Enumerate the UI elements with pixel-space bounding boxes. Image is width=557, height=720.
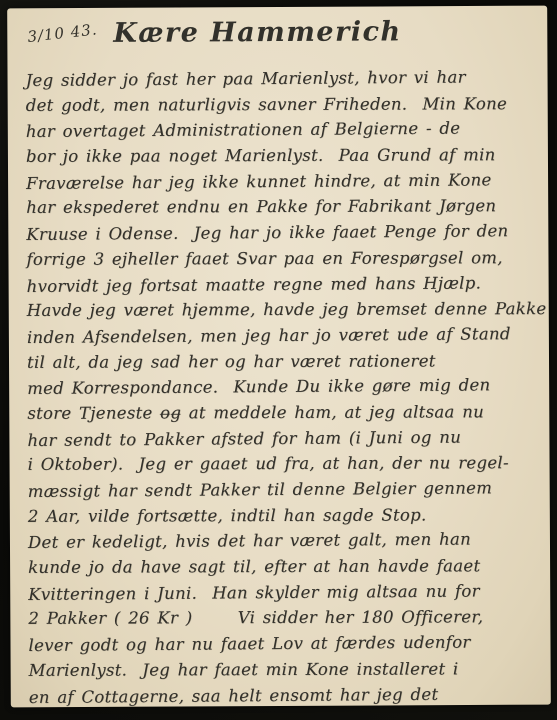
- letter-date: 3/10 43.: [27, 20, 99, 46]
- letter-line: 2 Aar, vilde fortsætte, indtil han sagde…: [28, 502, 538, 529]
- letter-line: det godt, men naturligvis savner Frihede…: [26, 91, 536, 118]
- letter-line: Kvitteringen i Juni. Han skylder mig alt…: [28, 578, 538, 608]
- letter-paper: 3/10 43. Kære Hammerich Jeg sidder jo fa…: [7, 6, 551, 708]
- letter-line: har ekspederet endnu en Pakke for Fabrik…: [26, 194, 536, 221]
- letter-line: Havde jeg været hjemme, havde jeg bremse…: [27, 296, 537, 323]
- letter-line: store Tjeneste o̶g̶ at meddele ham, at j…: [27, 399, 537, 426]
- letter-line: Marienlyst. Jeg har faaet min Kone insta…: [29, 656, 539, 683]
- letter-line: mæssigt har sendt Pakker til denne Belgi…: [28, 475, 538, 505]
- letter-line: Jeg sidder jo fast her paa Marienlyst, h…: [25, 64, 535, 94]
- letter-line: Fraværelse har jeg ikke kunnet hindre, a…: [26, 167, 536, 197]
- letter-content: 3/10 43. Kære Hammerich Jeg sidder jo fa…: [7, 6, 551, 708]
- letter-line: i Oktober). Jeg er gaaet ud fra, at han,…: [28, 450, 538, 477]
- letter-line: inden Afsendelsen, men jeg har jo været …: [27, 321, 537, 351]
- letter-line: Det er kedeligt, hvis det har været galt…: [28, 526, 538, 556]
- letter-line: en af Cottagerne, saa helt ensomt har je…: [29, 680, 539, 707]
- letter-line: har sendt to Pakker afsted for ham (i Ju…: [27, 424, 537, 454]
- letter-body: Jeg sidder jo fast her paa Marienlyst, h…: [25, 65, 538, 708]
- letter-line: 2 Pakker ( 26 Kr ) Vi sidder her 180 Off…: [28, 605, 538, 632]
- letter-line: har overtaget Administrationen af Belgie…: [26, 115, 536, 145]
- letter-line: bor jo ikke paa noget Marienlyst. Paa Gr…: [26, 142, 536, 169]
- letter-line: hvorvidt jeg fortsat maatte regne med ha…: [27, 269, 537, 299]
- letter-line: lever godt og har nu faaet Lov at færdes…: [28, 629, 538, 659]
- letter-line: forrige 3 ejheller faaet Svar paa en For…: [26, 245, 536, 272]
- letter-salutation: Kære Hammerich: [113, 16, 401, 49]
- photo-background: 3/10 43. Kære Hammerich Jeg sidder jo fa…: [0, 0, 557, 720]
- letter-line: til alt, da jeg sad her og har været rat…: [27, 348, 537, 375]
- letter-line: med Korrespondance. Kunde Du ikke gøre m…: [27, 372, 537, 402]
- letter-line: kunde jo da have sagt til, efter at han …: [28, 553, 538, 580]
- letter-line: Kruuse i Odense. Jeg har jo ikke faaet P…: [26, 218, 536, 248]
- letter-header: 3/10 43. Kære Hammerich: [25, 16, 535, 65]
